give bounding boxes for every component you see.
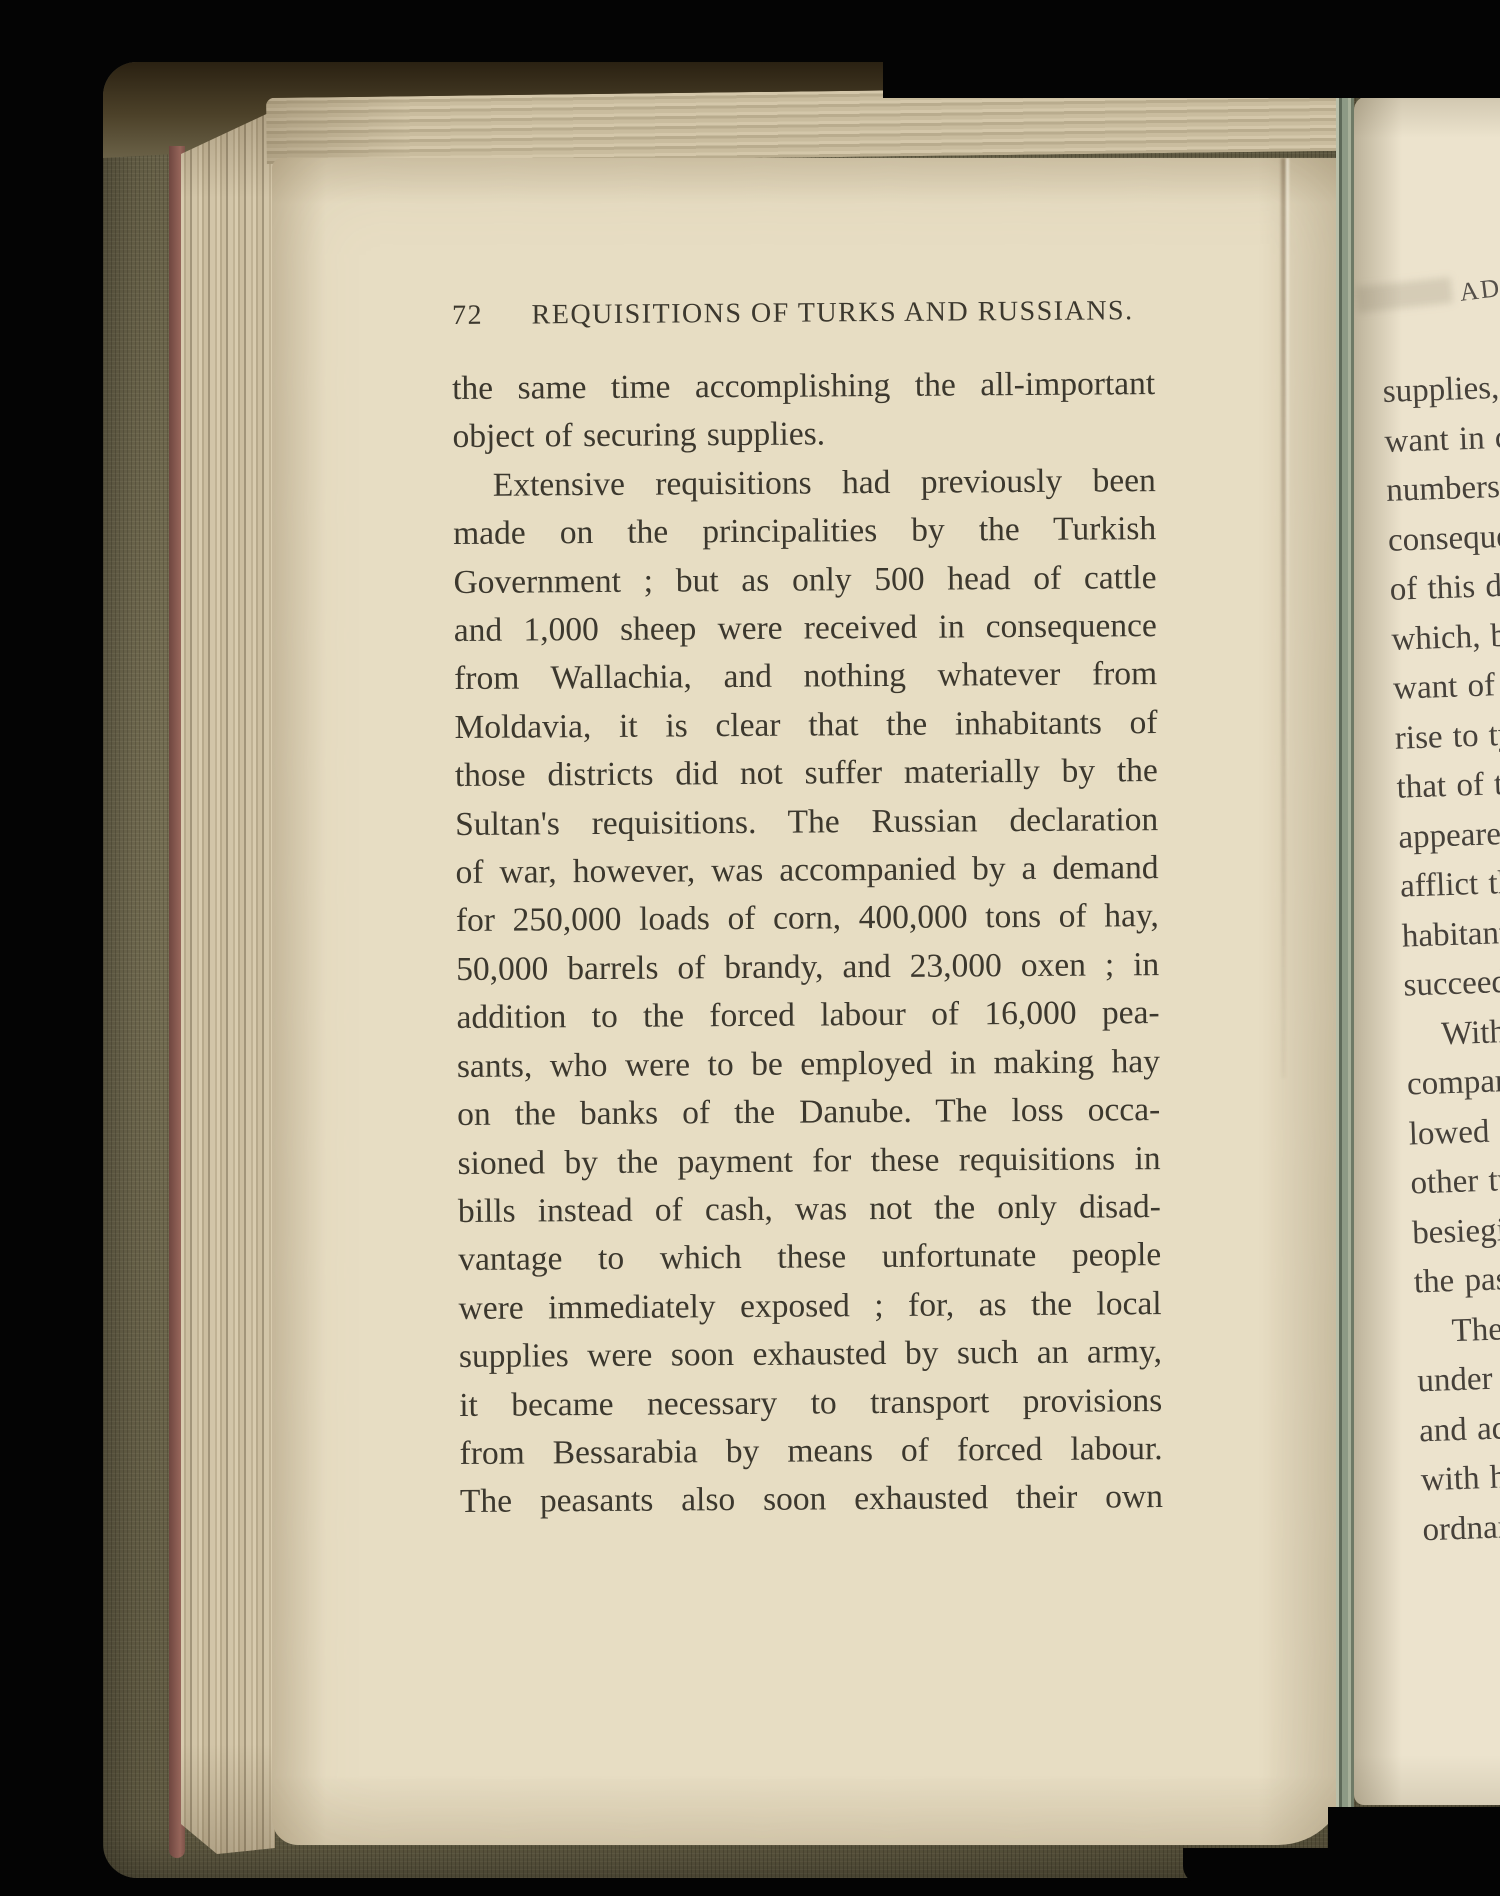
text-line: it became necessary to transport provisi… (459, 1377, 1162, 1430)
photo-background: { "scene": { "background_color": "#04040… (0, 0, 1500, 1896)
book: 72 REQUISITIONS OF TURKS AND RUSSIANS. t… (103, 62, 1500, 1878)
text-line: from Bessarabia by means of forced labou… (459, 1425, 1162, 1478)
text-line: Moldavia, it is clear that the inhabitan… (454, 699, 1157, 752)
text-line: from Wallachia, and nothing whatever fro… (454, 651, 1157, 704)
background-mask-bottom-gutter (1183, 1848, 1343, 1884)
text-line: for 250,000 loads of corn, 400,000 tons … (456, 893, 1159, 946)
text-line: of war, however, was accompanied by a de… (455, 844, 1158, 897)
fore-edge-page-stack (181, 108, 275, 1854)
text-line: on the banks of the Danube. The loss occ… (457, 1086, 1160, 1139)
text-line: made on the principalities by the Turkis… (453, 505, 1156, 558)
background-mask-top-right (883, 60, 1500, 98)
text-line: object of securing supplies. (452, 408, 1155, 461)
text-line: supplies were soon exhausted by such an … (459, 1328, 1162, 1381)
text-line: the same time accomplishing the all-impo… (452, 360, 1155, 413)
text-line: addition to the forced labour of 16,000 … (456, 989, 1159, 1042)
running-head-row: 72 REQUISITIONS OF TURKS AND RUSSIANS. (452, 295, 1155, 340)
text-line-fragment: supplies, an (1382, 355, 1500, 418)
body-text: the same time accomplishing the all-impo… (452, 360, 1163, 1527)
right-running-head-fragment: ADV (1458, 270, 1500, 307)
text-line: The peasants also soon exhausted their o… (460, 1473, 1163, 1526)
book-gutter (1336, 96, 1354, 1812)
left-page: 72 REQUISITIONS OF TURKS AND RUSSIANS. t… (272, 158, 1348, 1845)
right-page: ADV supplies, an want in co numbers on c… (1354, 96, 1500, 1805)
background-mask-bottom-right (1328, 1807, 1500, 1882)
text-line: Government ; but as only 500 head of cat… (453, 554, 1156, 607)
page-crease-highlight (1286, 158, 1289, 858)
text-line: bills instead of cash, was not the only … (458, 1183, 1161, 1236)
text-line: were immediately exposed ; for, as the l… (458, 1280, 1161, 1333)
text-line: Sultan's requisitions. The Russian decla… (455, 796, 1158, 849)
text-line: sioned by the payment for these requisit… (457, 1135, 1160, 1188)
right-page-text: supplies, an want in co numbers on conse… (1382, 355, 1500, 1556)
text-line: Extensive requisitions had previously be… (453, 457, 1156, 510)
running-head: REQUISITIONS OF TURKS AND RUSSIANS. (452, 295, 1155, 332)
show-through-text-ghost (1355, 277, 1453, 313)
text-line: 50,000 barrels of brandy, and 23,000 oxe… (456, 941, 1159, 994)
text-line: those districts did not suffer materiall… (455, 747, 1158, 800)
page-number: 72 (452, 300, 483, 332)
text-line: vantage to which these unfortunate peopl… (458, 1231, 1161, 1284)
text-line: and 1,000 sheep were received in consequ… (454, 602, 1157, 655)
text-line: sants, who were to be employed in making… (457, 1038, 1160, 1091)
